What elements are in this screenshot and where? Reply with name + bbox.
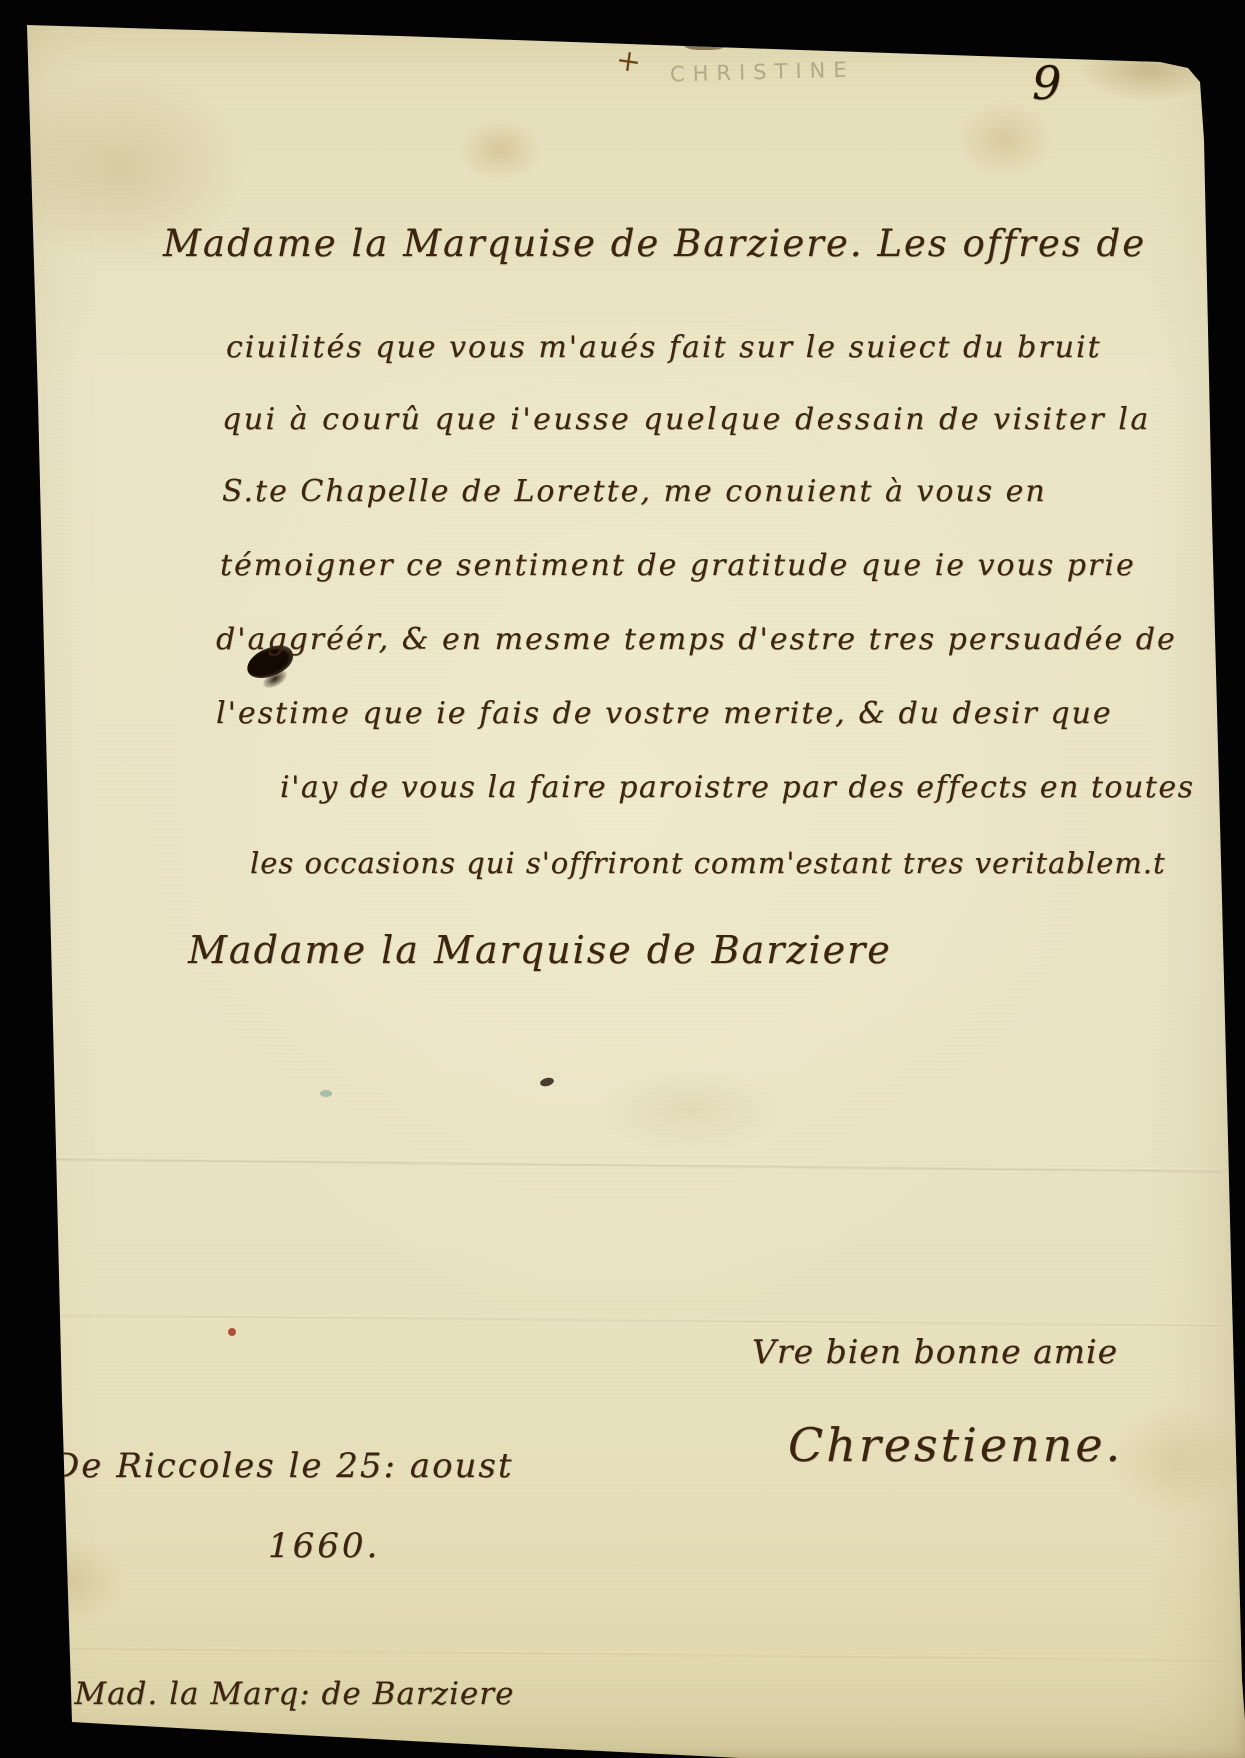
fold-crease <box>30 1157 1220 1172</box>
date-year-line: 1660. <box>268 1526 380 1566</box>
fold-crease <box>30 1646 1220 1661</box>
letter-line: les occasions qui s'offriront comm'estan… <box>250 846 1166 880</box>
letter-line: l'estime que ie fais de vostre merite, &… <box>216 696 1113 731</box>
edge-smudge <box>684 38 726 50</box>
closing-line: Vre bien bonne amie <box>752 1332 1118 1371</box>
pencil-inscription: CHRISTINE <box>670 58 855 87</box>
letter-line: Madame la Marquise de Barziere. Les offr… <box>163 222 1146 265</box>
letter-line: S.te Chapelle de Lorette, me conuient à … <box>222 474 1047 509</box>
salutation-line: Madame la Marquise de Barziere <box>188 928 892 972</box>
place-date-line: De Riccoles le 25: aoust <box>52 1446 514 1486</box>
manuscript-letter-scan: + CHRISTINE 9 Madame la Marquise de Barz… <box>0 0 1245 1758</box>
letter-line: d'aggréér, & en mesme temps d'estre tres… <box>216 622 1177 657</box>
signature: Chrestienne. <box>788 1418 1123 1472</box>
teal-speck <box>320 1090 332 1097</box>
letter-line: i'ay de vous la faire paroistre par des … <box>280 770 1194 805</box>
fold-crease <box>30 1313 1220 1326</box>
address-note: à Mad. la Marq: de Barziere <box>44 1676 514 1712</box>
letter-line: qui à courû que i'eusse quelque dessain … <box>222 402 1151 437</box>
ink-speck <box>539 1076 555 1087</box>
red-speck <box>228 1328 236 1336</box>
collation-cross-mark: + <box>614 42 644 80</box>
edge-smudge <box>556 32 572 41</box>
letter-paper-sheet: + CHRISTINE 9 Madame la Marquise de Barz… <box>0 0 1245 1758</box>
letter-line: témoigner ce sentiment de gratitude que … <box>220 548 1136 583</box>
letter-line: ciuilités que vous m'aués fait sur le su… <box>226 330 1102 365</box>
folio-number: 9 <box>1032 56 1061 110</box>
